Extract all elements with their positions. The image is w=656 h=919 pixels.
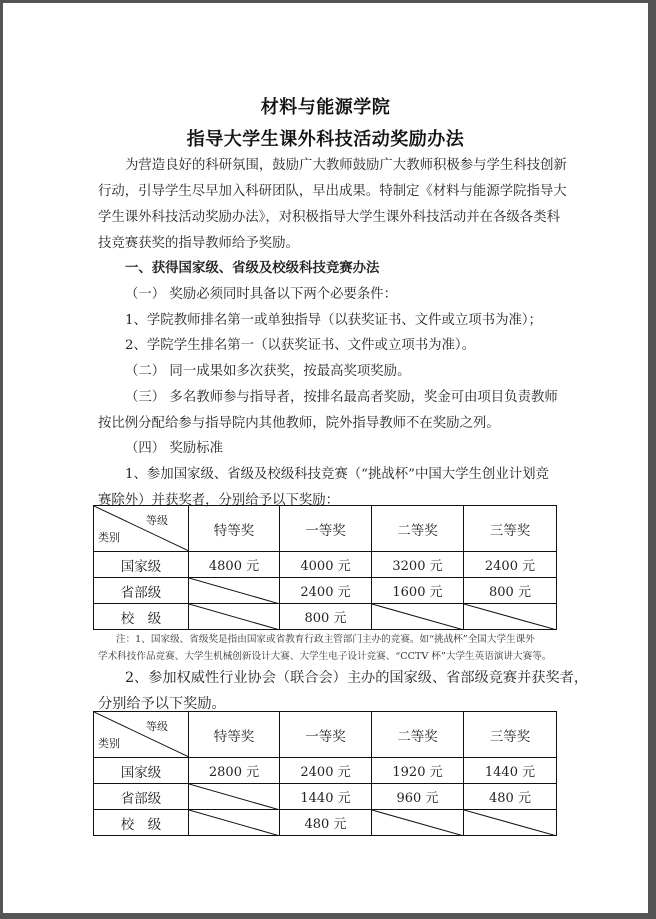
table-cell: 960 元: [372, 784, 464, 810]
column-header: 一等奖: [280, 506, 372, 552]
table-row: 省部级 2400 元 1600 元 800 元: [94, 578, 557, 604]
table-cell: 1920 元: [372, 758, 464, 784]
row-label: 省部级: [94, 784, 189, 810]
rule-1-line-1: 1、参加国家级、省级及校级科技竞赛（“挑战杯”中国大学生创业计划竞: [125, 462, 549, 488]
table-cell: 800 元: [280, 604, 372, 630]
column-header: 特等奖: [189, 712, 280, 758]
table-cell: 480 元: [464, 784, 557, 810]
empty-slash-cell: [464, 604, 557, 630]
empty-slash-cell: [372, 604, 464, 630]
table-cell: 1440 元: [464, 758, 557, 784]
award-table-1: 等级 类别 特等奖 一等奖 二等奖 三等奖 国家级 4800 元 4000 元 …: [93, 505, 557, 630]
table-row: 省部级 1440 元 960 元 480 元: [94, 784, 557, 810]
table-corner-cell: 等级 类别: [94, 506, 189, 552]
table-cell: 1440 元: [280, 784, 372, 810]
table-cell: 2400 元: [280, 758, 372, 784]
row-label: 国家级: [94, 758, 189, 784]
item-3-line-2: 按比例分配给参与指导院内其他教师，院外指导教师不在奖励之列。: [98, 411, 500, 437]
column-header: 三等奖: [464, 506, 557, 552]
table-cell: 4800 元: [189, 552, 280, 578]
table-cell: 4000 元: [280, 552, 372, 578]
table-note-line-2: 学术科技作品竞赛、大学生机械创新设计大赛、大学生电子设计竞赛、“CCTV 杯”大…: [98, 648, 551, 665]
item-1-condition-2: 2、学院学生排名第一（以获奖证书、文件或立项书为准）。: [125, 333, 475, 359]
award-table-2: 等级 类别 特等奖 一等奖 二等奖 三等奖 国家级 2800 元 2400 元 …: [93, 711, 557, 836]
empty-slash-cell: [189, 578, 280, 604]
column-header: 三等奖: [464, 712, 557, 758]
item-3-line-1: （三） 多名教师参与指导者，按排名最高者奖励，奖金可由项目负责教师: [125, 385, 558, 411]
table-cell: 2800 元: [189, 758, 280, 784]
table-cell: 800 元: [464, 578, 557, 604]
table-row: 国家级 4800 元 4000 元 3200 元 2400 元: [94, 552, 557, 578]
corner-category-label: 类别: [98, 529, 120, 545]
column-header: 二等奖: [372, 712, 464, 758]
column-header: 二等奖: [372, 506, 464, 552]
column-header: 特等奖: [189, 506, 280, 552]
intro-line-3: 学生课外科技活动奖励办法》，对积极指导大学生课外科技活动并在各级各类科: [98, 205, 560, 231]
section-heading-1: 一、获得国家级、省级及校级科技竞赛办法: [125, 256, 379, 282]
table-row: 校 级 800 元: [94, 604, 557, 630]
empty-slash-cell: [372, 810, 464, 836]
table-cell: 2400 元: [280, 578, 372, 604]
column-header: 一等奖: [280, 712, 372, 758]
table-cell: 1600 元: [372, 578, 464, 604]
intro-line-2: 行动，引导学生尽早加入科研团队，早出成果。特制定《材料与能源学院指导大: [98, 179, 567, 205]
table-cell: 480 元: [280, 810, 372, 836]
item-4: （四） 奖励标准: [125, 436, 223, 462]
document-title-policy: 指导大学生课外科技活动奖励办法: [3, 125, 648, 151]
empty-slash-cell: [189, 810, 280, 836]
item-1-heading: （一） 奖励必须同时具备以下两个必要条件：: [125, 282, 397, 308]
intro-line-1: 为营造良好的科研氛围，鼓励广大教师鼓励广大教师积极参与学生科技创新: [125, 153, 567, 179]
rule-2-line-1: 2、参加权威性行业协会（联合会）主办的国家级、省部级竞赛并获奖者，: [125, 665, 588, 691]
row-label: 省部级: [94, 578, 189, 604]
row-label: 校 级: [94, 810, 189, 836]
item-2: （二） 同一成果如多次获奖，按最高奖项奖励。: [125, 359, 410, 385]
item-1-condition-1: 1、学院教师排名第一或单独指导（以获奖证书、文件或立项书为准）；: [125, 308, 542, 334]
row-label: 校 级: [94, 604, 189, 630]
empty-slash-cell: [464, 810, 557, 836]
table-corner-cell: 等级 类别: [94, 712, 189, 758]
corner-category-label: 类别: [98, 735, 120, 751]
table-row: 国家级 2800 元 2400 元 1920 元 1440 元: [94, 758, 557, 784]
empty-slash-cell: [189, 604, 280, 630]
intro-line-4: 技竞赛获奖的指导教师给予奖励。: [98, 231, 299, 257]
table-note-line-1: 注：1、国家级、省级奖是指由国家或省教育行政主管部门主办的竞赛。如“挑战杯”全国…: [116, 631, 535, 648]
corner-grade-label: 等级: [146, 718, 168, 734]
row-label: 国家级: [94, 552, 189, 578]
document-title-college: 材料与能源学院: [3, 93, 648, 119]
document-page: 材料与能源学院 指导大学生课外科技活动奖励办法 为营造良好的科研氛围，鼓励广大教…: [3, 3, 648, 913]
table-row: 校 级 480 元: [94, 810, 557, 836]
empty-slash-cell: [189, 784, 280, 810]
table-cell: 3200 元: [372, 552, 464, 578]
corner-grade-label: 等级: [146, 512, 168, 528]
table-cell: 2400 元: [464, 552, 557, 578]
